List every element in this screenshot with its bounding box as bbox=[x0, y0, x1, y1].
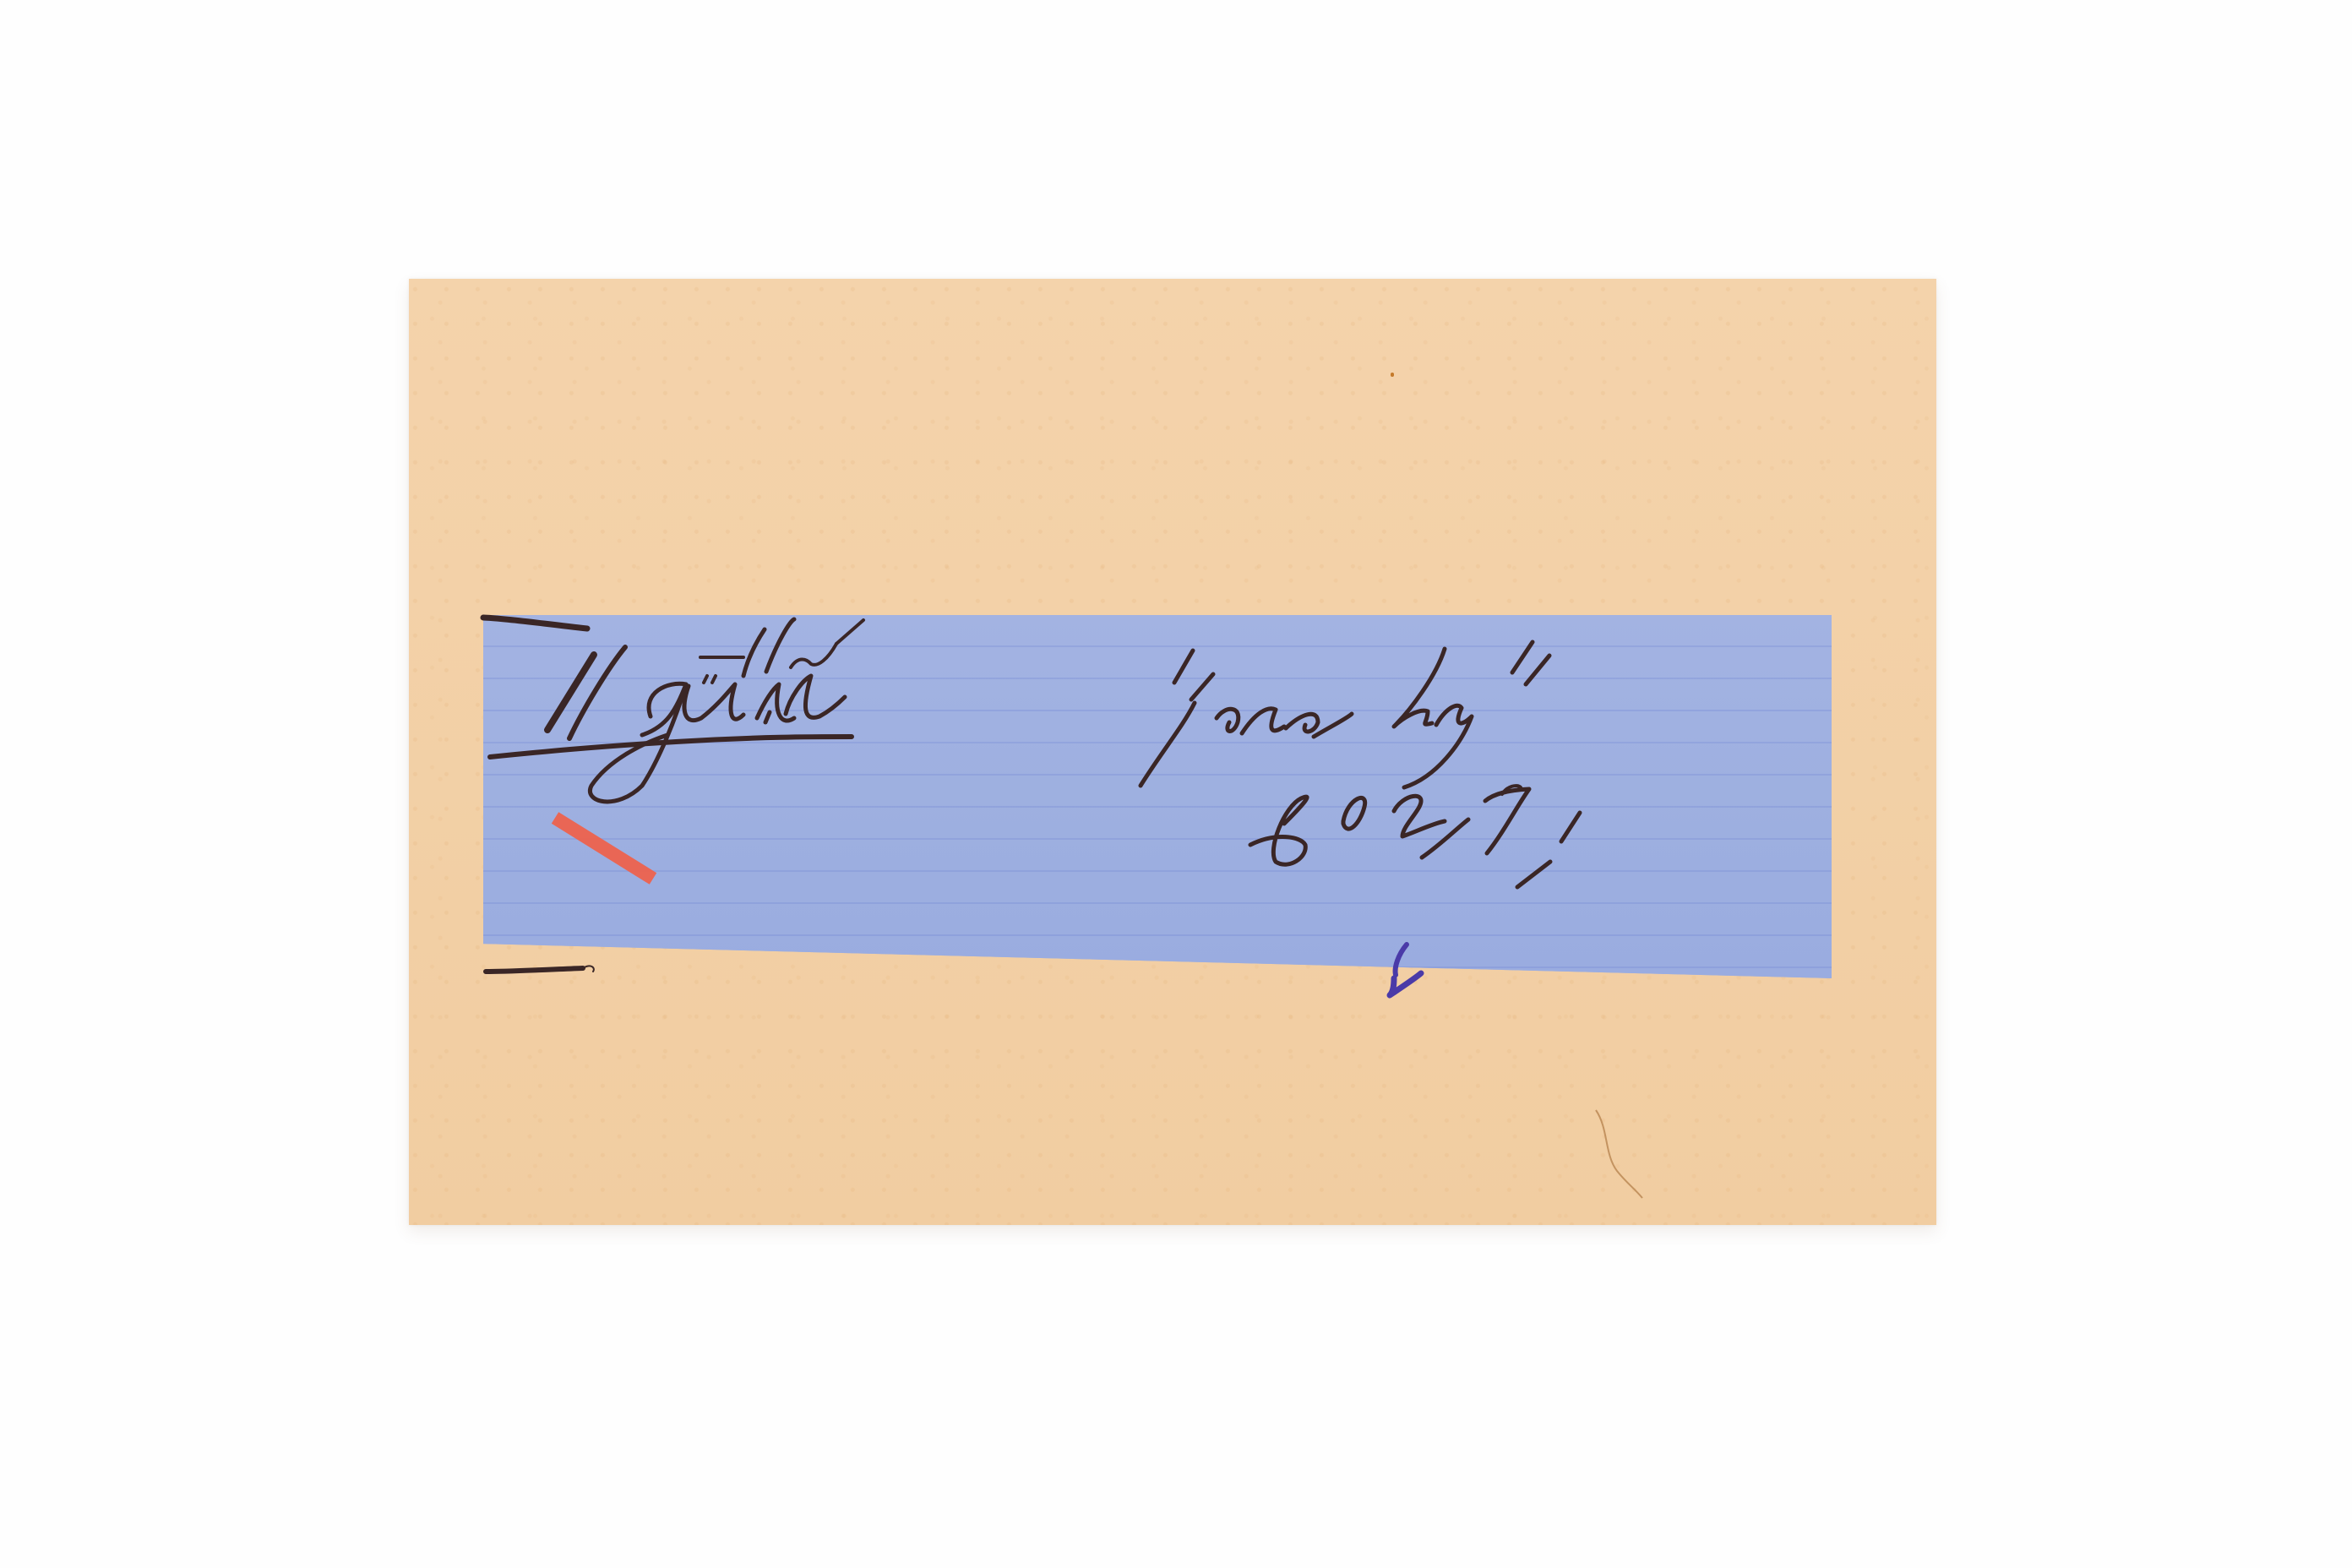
tilde-mark bbox=[791, 644, 836, 667]
edge-ink-bottom bbox=[486, 968, 583, 972]
number-digit-8 bbox=[1250, 797, 1307, 864]
quote-word-pass bbox=[1217, 709, 1239, 731]
photo-stage: Nguĩ ỉũ "pass by" 8 02,7 bbox=[0, 0, 2352, 1568]
title-underline bbox=[490, 737, 852, 757]
number-digit-2 bbox=[1394, 796, 1445, 836]
title-letter-n bbox=[547, 655, 594, 730]
paper-crease bbox=[1592, 1103, 1651, 1205]
check-mark bbox=[1390, 945, 1421, 995]
red-pencil-dash bbox=[555, 818, 653, 879]
number-digit-7 bbox=[1485, 789, 1529, 853]
edge-ink-top bbox=[483, 618, 587, 629]
number-digit-0 bbox=[1343, 798, 1365, 829]
quote-word-by bbox=[1394, 649, 1445, 727]
handwriting-layer bbox=[0, 0, 2352, 1568]
